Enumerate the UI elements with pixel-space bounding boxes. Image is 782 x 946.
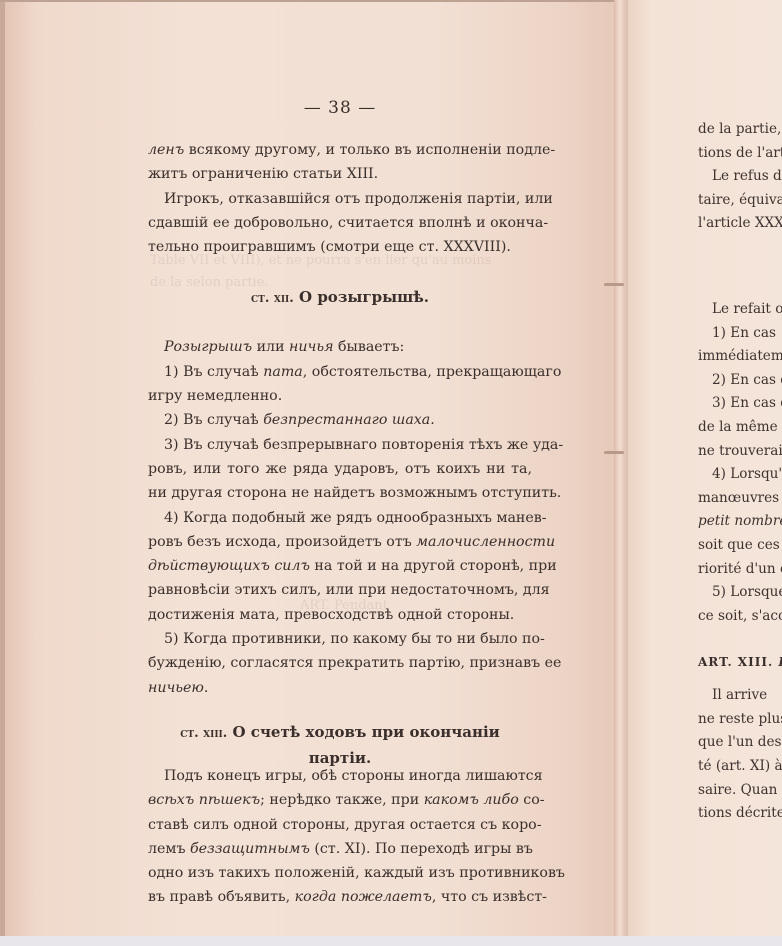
left-page: Table VII et VIII), et ne pourra s'en li…	[0, 0, 614, 938]
text-line: l'article XXX	[698, 212, 782, 236]
list-item-line: 3) Въ случаѣ безпрерывнаго повторенія тѣ…	[148, 433, 532, 457]
section-heading-12: ст. xii. О розыгрышѣ.	[148, 285, 532, 309]
text-line: одно изъ такихъ положеній, каждый изъ пр…	[148, 861, 532, 885]
section-heading-13: ст. xiii. О счетѣ ходовъ при окончаніи п…	[148, 720, 532, 744]
text-line: de la même s	[698, 416, 782, 440]
text-line: всѣхъ пѣшекъ; нерѣдко также, при какомъ …	[148, 788, 532, 812]
text-line: soit que ces f	[698, 534, 782, 558]
text-line: que l'un des j	[698, 731, 782, 755]
text-line: tions décrite	[698, 802, 782, 826]
list-item-line: бужденію, согласятся прекратить партію, …	[148, 651, 532, 675]
text-line: ne trouverait	[698, 440, 782, 464]
right-page: de la partie, rtions de l'artic Le refus…	[628, 0, 782, 936]
list-item-line: ровъ, или того же ряда ударовъ, отъ коих…	[148, 457, 532, 481]
text-line: 3) En cas d	[698, 392, 782, 416]
text-line: taire, équivau	[698, 189, 782, 213]
list-item-line: 5) Когда противники, по какому бы то ни …	[148, 627, 532, 651]
text-line: ставѣ силъ одной стороны, другая остаетс…	[148, 813, 532, 837]
text-line: Le refait ou	[698, 298, 782, 322]
text-line: petit nombre d	[698, 510, 782, 534]
text-line: saire. Quan	[698, 779, 782, 803]
text-line: 1) En cas	[698, 322, 782, 346]
text-line: 5) Lorsque	[698, 581, 782, 605]
text-line: de la partie, r	[698, 118, 782, 142]
text-line: ce soit, s'acc	[698, 605, 782, 629]
section-13-text: Подъ конецъ игры, обѣ стороны иногда лиш…	[148, 764, 532, 910]
text-line: Il arrive	[698, 684, 782, 708]
list-item-line: достиженія мата, превосходствѣ одной сто…	[148, 603, 532, 627]
text-line: тельно проигравшимъ (смотри еще ст. XXXV…	[148, 235, 532, 259]
list-item-line: 1) Въ случаѣ пата, обстоятельства, прекр…	[148, 360, 532, 384]
section-intro: Розыгрышъ или ничья бываетъ:	[148, 335, 532, 359]
text-line: Игрокъ, отказавшійся отъ продолженія пар…	[148, 187, 532, 211]
text-line: 2) En cas d	[698, 369, 782, 393]
list-item-line: 2) Въ случаѣ безпрестаннаго шаха.	[148, 408, 532, 432]
list-item-line: равновѣсіи этихъ силъ, или при недостато…	[148, 578, 532, 602]
text-line: manœuvres	[698, 487, 782, 511]
text-line: сдавшій ее добровольно, считается вполнѣ…	[148, 211, 532, 235]
list-item-line: дѣйствующихъ силъ на той и на другой сто…	[148, 554, 532, 578]
text-line: Подъ конецъ игры, обѣ стороны иногда лиш…	[148, 764, 532, 788]
book-spread: Table VII et VIII), et ne pourra s'en li…	[0, 0, 782, 946]
french-text: de la partie, rtions de l'artic Le refus…	[698, 118, 782, 826]
text-line: tions de l'artic	[698, 142, 782, 166]
background-surface	[0, 936, 782, 946]
list-item-line: ничьею.	[148, 676, 532, 700]
binding-stitch	[604, 283, 624, 286]
french-heading-13: ART. XIII. D	[698, 650, 782, 674]
binding-stitch	[604, 451, 624, 454]
russian-text: — 38 — ленъ всякому другому, и только въ…	[148, 98, 532, 910]
text-line: житъ ограниченію статьи XIII.	[148, 162, 532, 186]
list-item-line: ни другая сторона не найдетъ возможнымъ …	[148, 481, 532, 505]
text-line: riorité d'un c	[698, 558, 782, 582]
text-line: въ правѣ объявить, когда пожелаетъ, что …	[148, 885, 532, 909]
text-line: ne reste plus	[698, 708, 782, 732]
text-line: immédiatemen	[698, 345, 782, 369]
list-item-line: ровъ безъ исхода, произойдетъ отъ малочи…	[148, 530, 532, 554]
text-line: ленъ всякому другому, и только въ исполн…	[148, 138, 532, 162]
page-number: — 38 —	[148, 98, 532, 124]
text-line: 4) Lorsqu'	[698, 463, 782, 487]
text-line: té (art. XI) à	[698, 755, 782, 779]
text-line: Le refus de	[698, 165, 782, 189]
page-fold	[614, 0, 628, 936]
list-item-line: игру немедленно.	[148, 384, 532, 408]
list-item-line: 4) Когда подобный же рядъ однообразныхъ …	[148, 506, 532, 530]
draw-cases-list: 1) Въ случаѣ пата, обстоятельства, прекр…	[148, 360, 532, 700]
text-line: лемъ беззащитнымъ (ст. XI). По переходѣ …	[148, 837, 532, 861]
